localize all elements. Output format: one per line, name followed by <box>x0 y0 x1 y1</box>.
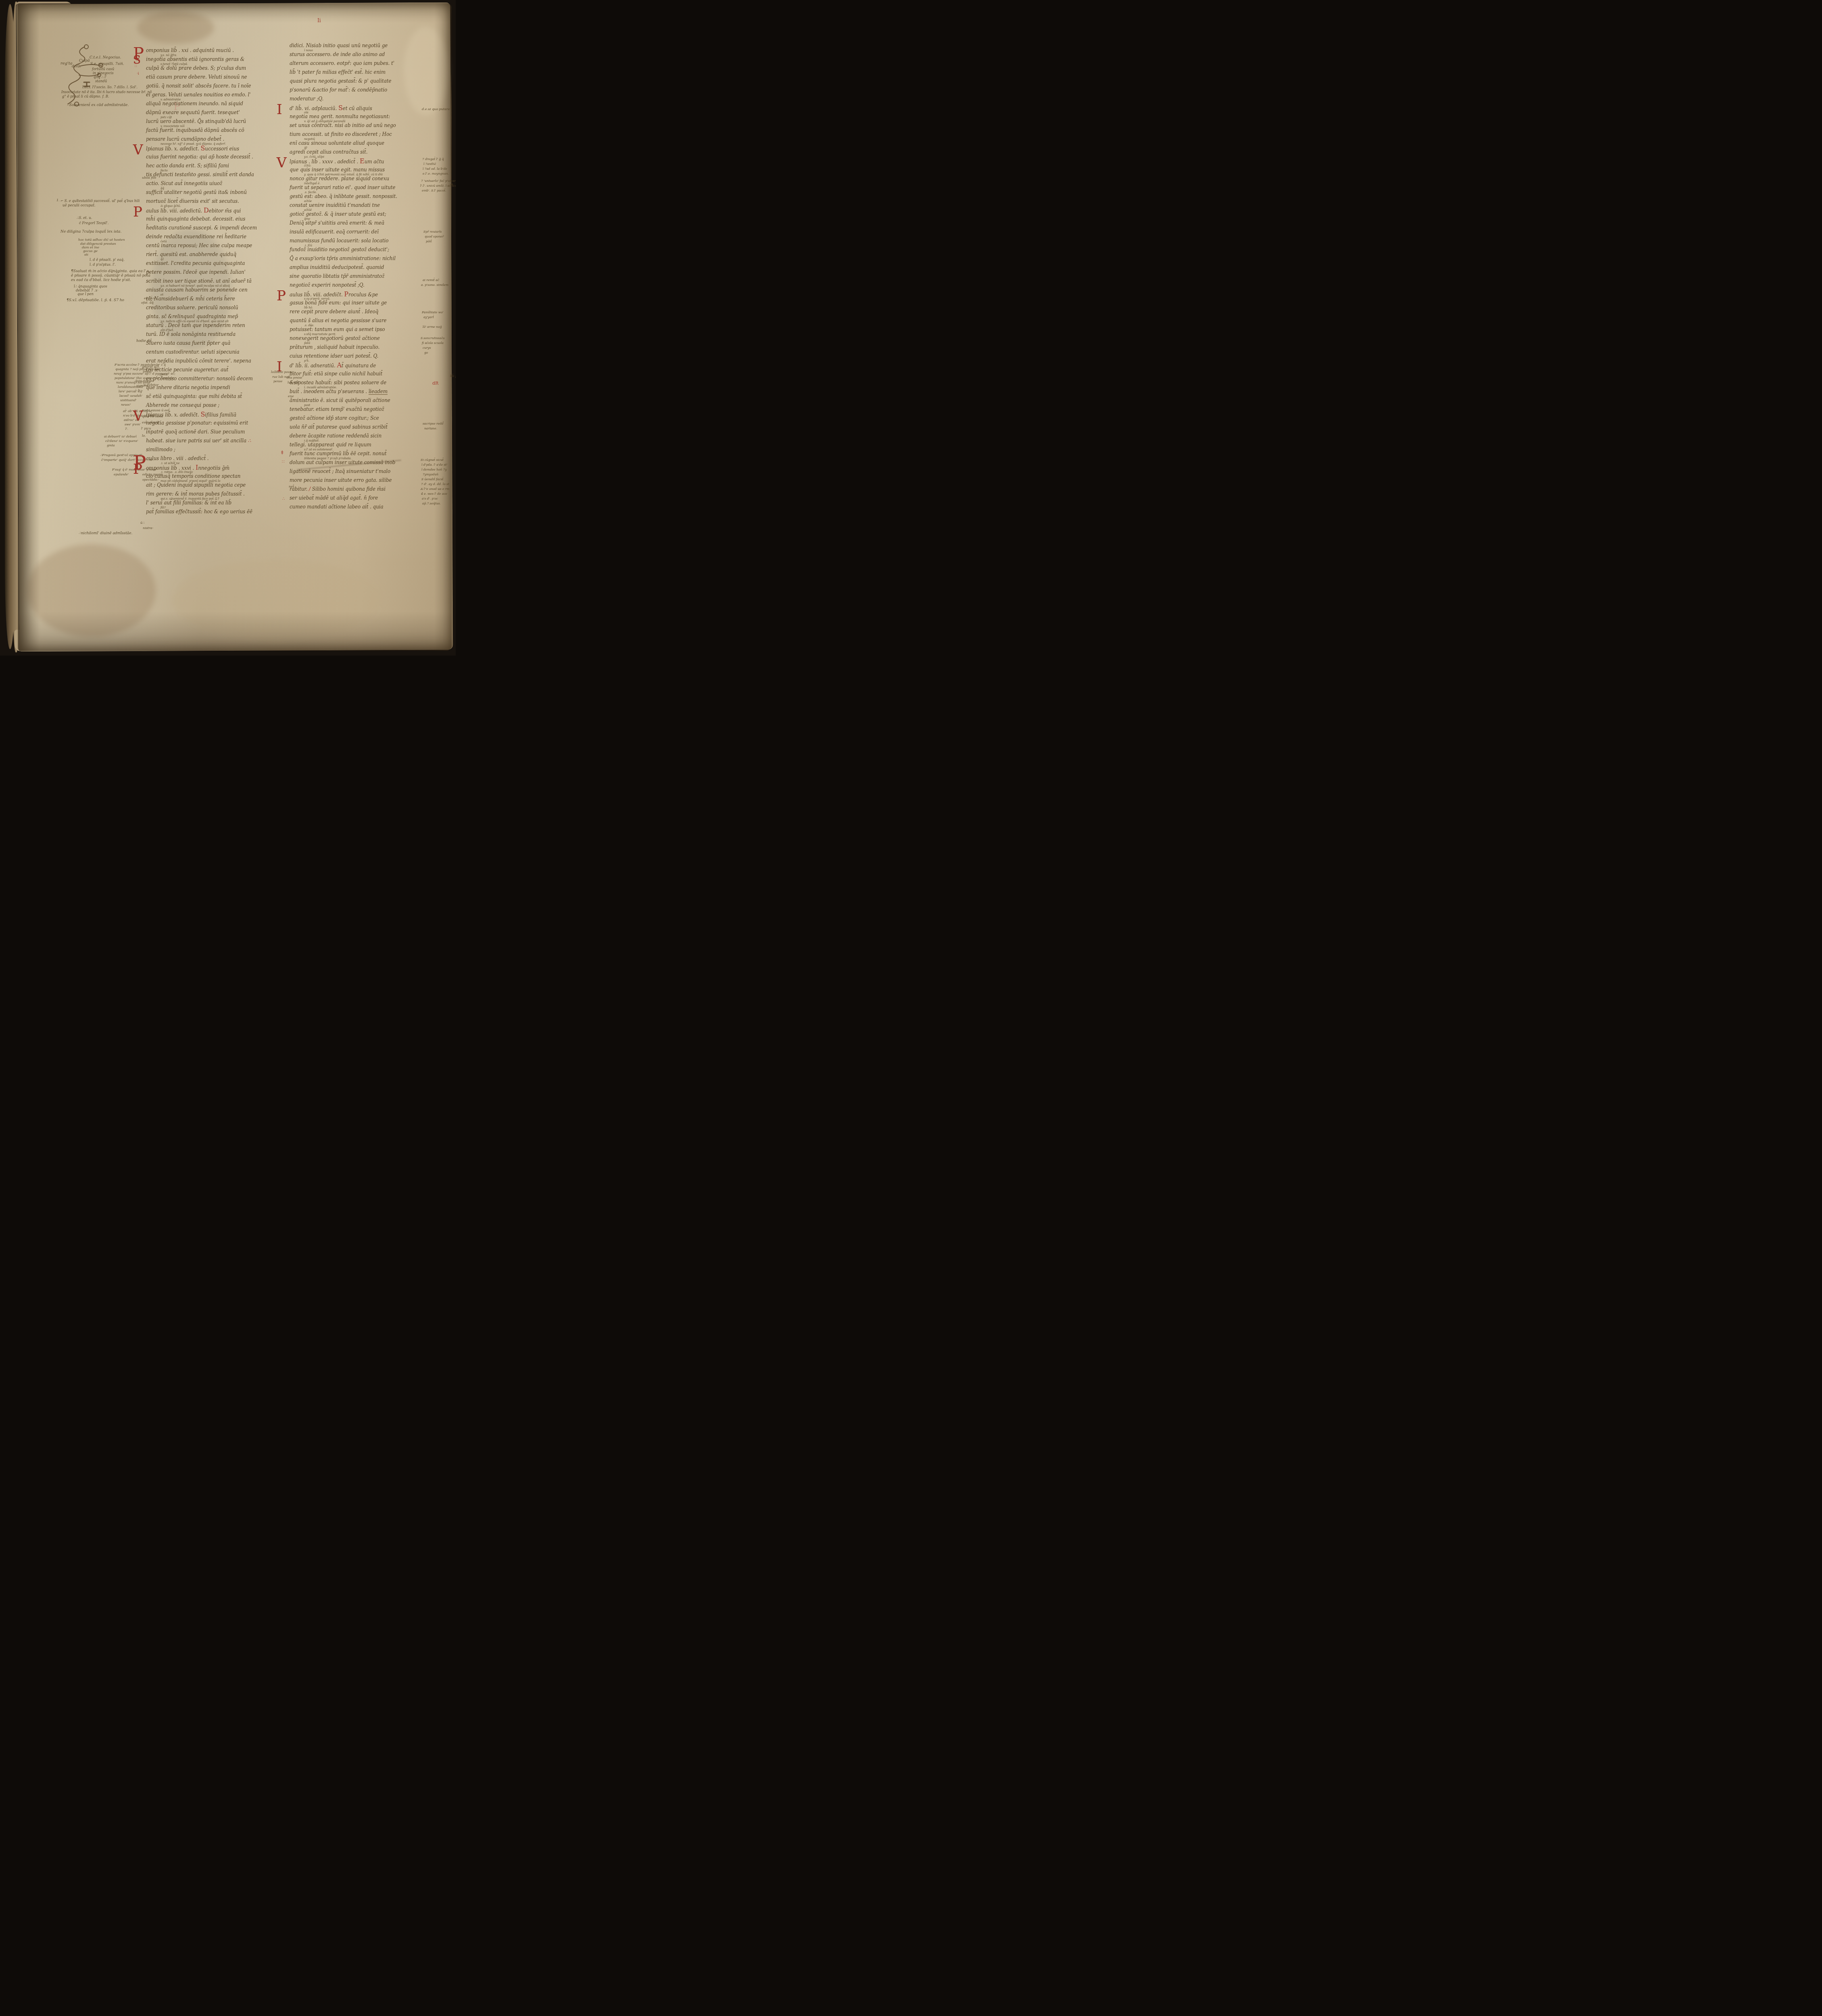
text-line: q̄meDeniq̄ sitpr̄ s'uititis areā emerit:… <box>290 220 425 229</box>
text-segment: t̄ quinatura de <box>342 363 376 369</box>
text-segment: tium accessit. ut finito eo discederet ;… <box>290 131 392 137</box>
text-line: alii d'bet̄.turū. ID ē sola nonāginta re… <box>146 331 288 340</box>
text-line: factotis defuncti testam̄to gessi. simil… <box>146 172 288 181</box>
text-line: gotiū. q̄ nonsit solit' abscēs facere. t… <box>146 83 288 92</box>
text-line: v. admistratōealiquā negotiationem ineun… <box>146 101 288 110</box>
margin-gloss: ī∴ q̄nquaginta quos <box>74 285 107 289</box>
text-line: v. q̄z̄ ad q̄ obligatiōē parandāset unus… <box>290 123 425 131</box>
interlinear-gloss: ac̄t̄ōē <box>304 208 312 212</box>
text-segment: cumeo mandati ac̄tione labeo ait̄ . quia <box>290 504 384 510</box>
margin-gloss: S.e. sipupilli. 7siñ. <box>90 62 124 66</box>
text-line: Vlpianus lib̄. x. adedic̄t. Sifilius fam… <box>146 411 288 420</box>
text-segment: cio cuiusq̄ temporis conditione spectan <box>146 473 240 479</box>
text-line: alterum accessero. eotpr̄: quo iam pubes… <box>290 60 425 69</box>
text-segment: tenebatur. etiam temp̄' exac̄tū negotioz… <box>290 406 384 412</box>
text-line: ī nouosturus accessero. de inde alio ani… <box>290 52 425 60</box>
text-segment: dāpnū exeare sequutū fuerit. tesequet' <box>146 110 240 115</box>
rubric-segment: D <box>204 206 209 214</box>
rubric-segment: S <box>200 410 205 418</box>
text-line: penaex p'cōmisso committeretur: nonsolū … <box>146 376 288 385</box>
interlinear-gloss: v. admistratōe <box>161 98 181 101</box>
margin-gloss: d.e.ui quo putare <box>422 107 450 111</box>
interlinear-gloss: ī nouo <box>304 49 313 52</box>
text-segment: uccessori eius <box>205 146 239 152</box>
margin-gloss: ⌐ S. e quītestatōiō successit̄. ul' pat̄… <box>60 199 140 203</box>
text-line: amplius inuiditiū deducipotest̄. quamid <box>290 264 425 273</box>
text-segment: turū. ID ē sola nonāginta restituenda <box>146 331 236 337</box>
text-line: lib̄ 't pater fa milias effec̄t' est̄. h… <box>290 69 425 78</box>
text-segment: dolum aut culpam inser uitute comissā in… <box>290 460 395 465</box>
text-segment: pensare lucrū cumdāpno debet̄ . <box>146 136 224 142</box>
margin-gloss: ∴Sobuenient̄ ex cād admīistratāe. <box>67 103 129 107</box>
text-segment: erat nep̄dia inpublicū cōmit terere'. ne… <box>146 358 251 364</box>
margin-gloss: epulande' <box>114 473 129 476</box>
text-line: gestoz̄ ac̄tione idp̄ stare cogitur.; Sc… <box>290 415 425 424</box>
text-line: centum custodirentur. ueluti sipecunia <box>146 349 288 358</box>
margin-gloss: emb'. S.l' pacot̄. <box>422 189 446 192</box>
text-line: mus sit cōdep̄nand̄. p'ponī siquil' quār… <box>146 482 288 491</box>
text-line: cumeo mandati ac̄tione labeo ait̄ . quia <box>290 504 425 513</box>
text-line: Ip'h̄.d' lib̄. ii. adneratiū. At̄ quinat… <box>290 362 425 371</box>
interlinear-gloss: & aliquo ḡc̄tū. <box>161 204 181 208</box>
interlinear-gloss: .i. fc̄ū <box>304 244 312 247</box>
text-segment: rere cepit prare debere aiunt̄ . Ideoq̄ <box>290 309 378 314</box>
text-segment: p'sonarū &actio for mat̄': & condēp̄nati… <box>290 87 387 93</box>
interlinear-gloss: p̄stā <box>304 342 310 345</box>
text-segment: similimodo ; <box>146 447 175 452</box>
margin-gloss: lib̄ pp̄ <box>450 374 456 378</box>
text-line: Id' lib̄. vi. adplauciū. Set cū aliquis <box>290 105 425 114</box>
text-segment: d' lib̄. ii. adneratiū. <box>290 363 337 369</box>
rubricated-initial: P <box>133 205 142 219</box>
rubricated-initial: P <box>277 289 286 303</box>
interlinear-gloss: y.s. nō ḡfra. <box>161 54 177 57</box>
text-segment: omponius lib̄ . xxvi . <box>146 465 196 471</box>
text-segment: alterum accessero. eotpr̄: quo iam pubes… <box>290 60 394 66</box>
margin-gloss: ¶Ssaluat m̄ in ac̄cio dq̄nq̄ginta. quia … <box>71 269 150 273</box>
rubricated-initial: V <box>133 143 143 157</box>
text-segment: tra iecticie pecunie augeretur. aut̄ <box>146 367 228 373</box>
text-segment: extitisset. l'credita pecunia quinquagin… <box>146 260 245 266</box>
text-line: inpatrē quoq̄ actionē dari. Siue peculiu… <box>146 429 288 438</box>
text-segment: que quis inser uitute egit. manu missus <box>290 167 385 173</box>
text-segment: potuisset̄: tantum eum qui a semet ipso <box>290 327 385 332</box>
text-line: erat nep̄dia inpublicū cōmit terere'. ne… <box>146 358 288 367</box>
rubric-margin-mark: ·i <box>137 72 139 76</box>
rubricated-initial: S <box>133 54 141 66</box>
text-segment: roculus &pe <box>348 292 378 298</box>
margin-gloss: nartane. <box>424 427 437 430</box>
margin-gloss: ī. d ē pn̄sac̄t. p' eaq̄. <box>90 258 125 262</box>
interlinear-gloss: pstz cq̄t <box>161 116 172 119</box>
text-segment: &sipostea habuit̄: sibi postea soluere d… <box>290 380 386 385</box>
interlinear-gloss: .s. dn̄s. <box>304 324 314 327</box>
text-line: ettū; Namsidebuerī & mh̄i ceteris h̄ere <box>146 296 288 305</box>
margin-gloss: reg'ta <box>60 61 73 66</box>
interlinear-gloss: alii d'bet̄. <box>161 329 174 332</box>
text-segment: l' serui aut̄ filii familias: & int̄ ea … <box>146 500 231 506</box>
text-segment: staturū . Decē tam̄ que inpenderim reten <box>146 323 245 328</box>
interlinear-gloss: lib̄ hō. <box>304 306 313 309</box>
margin-gloss: dam et̄ īne <box>82 246 99 249</box>
text-segment: ser uiebat̄ mādē ut aliq̄d agat̄. n̄ for… <box>290 495 378 501</box>
text-segment: cuius retentione idser uari potest̄. Q. <box>290 353 378 359</box>
rubric-margin-mark: Ii <box>317 18 321 23</box>
rubric-segment: P <box>344 290 348 298</box>
text-segment: um ac̄tu <box>365 159 384 165</box>
text-segment: aniusta causam habuerim se ponende cen <box>146 287 248 293</box>
margin-gloss: cō'dano' io' n'equens' <box>105 439 138 443</box>
margin-gloss: ∴S. et. u. <box>77 216 92 220</box>
text-segment: āministratio ē. sicut is̄ quitēporali ac… <box>290 398 390 403</box>
text-segment: Siuero iusta causa fuerit p̄pter quā <box>146 340 230 346</box>
text-segment: Abherede me consequi posse ; <box>146 402 219 408</box>
margin-gloss: gmta <box>107 444 115 447</box>
rubric-segment: E <box>360 157 365 165</box>
text-line: Vnecesse hr̄. nḡ° ē pnsat̄. ncū dāpnio. … <box>146 145 288 154</box>
rubric-margin-mark: dR <box>432 381 438 386</box>
interlinear-gloss: et <box>161 293 163 296</box>
interlinear-gloss: i.q̄ sup̄fuit̄. <box>304 439 319 442</box>
text-segment: aliquā negotiationem ineundo. nā siquid <box>146 101 243 106</box>
text-segment: lpianus lib̄. x. adedic̄t. <box>146 412 200 418</box>
text-segment: mortuoz̄ licet̄ diuersis exit' sit secut… <box>146 198 239 204</box>
text-segment: etiā casum prare debere. Veluti sinouū n… <box>146 74 247 80</box>
text-segment: cuius fuerint negotia: qui ap̄ hoste dec… <box>146 154 253 160</box>
rubricated-initial: V <box>277 156 286 170</box>
margin-gloss: q̄nq̄ ∴ l' <box>94 75 106 79</box>
margin-gloss: ī demdee hon̄ 7y <box>421 468 447 471</box>
manuscript-photo: IiP∴∷·ireg'taCulpādolū.C.t.e.l. Negocius… <box>0 0 456 656</box>
text-line: p'sonarū &actio for mat̄': & condēp̄nati… <box>290 87 425 96</box>
text-segment: petere possim. l'decē que inpendi. Iulia… <box>146 269 246 275</box>
text-segment: fuerit tunc cumprimū lib̄ ēē cepit. nonu… <box>290 451 387 456</box>
interlinear-gloss: negotiū <box>304 137 315 141</box>
text-line: habeat. siue iure patris sui uer' sit an… <box>146 438 288 447</box>
text-segment: creditoribus soluere. periculū nonsolū <box>146 305 238 310</box>
text-segment: negotia gessisse p'ponatur: equissimū er… <box>146 420 248 426</box>
margin-gloss: nistra- <box>143 526 153 530</box>
text-segment: prāturum , sialiquid habuit inpeculio. <box>290 344 379 350</box>
text-line: quasi plura negotia gestast̄: & p' quali… <box>290 78 425 87</box>
margin-gloss: ū∴ <box>140 521 144 525</box>
margin-gloss: lo. <box>142 434 146 437</box>
margin-gloss: lō' arme nog̈ <box>423 325 442 329</box>
margin-gloss: dat diligenciā prestan <box>80 242 116 246</box>
text-line: posttenebatur. etiam temp̄' exac̄tū nego… <box>290 406 425 415</box>
text-segment: negotioz̄ experiri nonpotest̄ ;Q. <box>290 282 365 288</box>
text-line: sine quoratio libtatis tp̄r̄ amministrat… <box>290 273 425 282</box>
text-line: negotioz̄ experiri nonpotest̄ ;Q. <box>290 282 425 291</box>
margin-gloss: sti <box>84 253 88 256</box>
text-line: similimodo ; <box>146 447 288 456</box>
text-segment: manumissus fundū locauerit: sola locatio <box>290 238 388 244</box>
text-line: uola n̄r̄ ait̄ putarese quod sabinus scr… <box>290 424 425 433</box>
text-segment: debere ācapite ratione reddendā sicin <box>290 433 381 439</box>
text-segment: uola n̄r̄ ait̄ putarese quod sabinus scr… <box>290 424 388 430</box>
text-line: bitor fuit̄: etiā sinpe culio nichil hab… <box>290 371 425 380</box>
text-line: fili?pat̄ familias effec̄tussit̄: hoc & … <box>146 509 288 518</box>
text-line: h̄editatis curationē suscepi. & impendi … <box>146 225 288 234</box>
text-line: ser uiebat̄ mādē ut aliq̄d agat̄. n̄ for… <box>290 495 425 504</box>
text-segment: factū fuerit. inquibusdā dāpnū abscēs cō <box>146 127 244 133</box>
text-segment: gestū est: abeo. q̄ inlibtate gessit. no… <box>290 194 397 199</box>
text-line: y.s. si habuerī nō tenear̄. quāī inculpa… <box>146 287 288 296</box>
text-segment: sine quoratio libtatis tp̄r̄ amministrat… <box>290 273 384 279</box>
text-segment: rim gerere: & int̄ moras pubes fac̄tussi… <box>146 491 245 497</box>
text-line: v. insocietate nōīfactū fuerit. inquibus… <box>146 127 288 136</box>
text-line: q̄z̄extitisset. l'credita pecunia quinqu… <box>146 260 288 269</box>
text-segment: negotia mea gerit. nonmulta negotiasunt: <box>290 114 390 119</box>
margin-gloss: pōit̄ <box>426 240 432 243</box>
text-line: negotia gessisse p'ponatur: equissimū er… <box>146 420 288 429</box>
text-line: que inhere ditaria negotia impendi <box>146 385 288 394</box>
text-segment: fundoz̄ inuiditio negotioz̄ gestoz̄ dedu… <box>290 247 389 252</box>
text-segment: lib̄ 't pater fa milias effec̄t' est̄. h… <box>290 69 386 75</box>
text-segment: inegotia absentis etiā ignorantis geras … <box>146 56 244 62</box>
text-line: cuius fuerint negotia: qui ap̄ hoste dec… <box>146 154 288 163</box>
text-segment: constat uenire inuiditiū t'mandati tne <box>290 202 380 208</box>
margin-gloss: ai remit̄ ac̄ <box>423 278 439 282</box>
margin-gloss: ī 7ad od. la b'de <box>423 167 447 171</box>
margin-gloss: ī d'pila. l' a'de st' <box>421 463 447 467</box>
text-segment: mh̄i quinquaginta debebat. decessit. eiu… <box>146 216 245 222</box>
margin-gloss: que ī pen <box>77 292 94 296</box>
text-segment: quantū s̄ alius ei negotia gessisse s'ua… <box>290 318 387 323</box>
interlinear-gloss: y.s. iudicis offō cū exead c̄a d'bant̄. … <box>161 320 229 323</box>
interlinear-gloss: s.tenet̄ 7latā culpā. <box>161 62 188 66</box>
margin-gloss: ī. d p'sc̄ptus. l'. <box>90 263 116 267</box>
margin-gloss: Culpā <box>79 59 90 63</box>
rubric-segment: īieadem <box>369 389 388 395</box>
margin-gloss: uē peculii occupat̄. <box>63 204 96 208</box>
interlinear-gloss: ac̄tōe <box>304 200 312 203</box>
rubric-segment: S <box>338 104 343 112</box>
interlinear-gloss: ī. incadē admīistratiōe. <box>304 386 337 389</box>
margin-gloss: l'. <box>125 427 128 431</box>
text-segment: ei geras. Veluti uenales nouitios eo emd… <box>146 92 251 98</box>
margin-gloss: ī 7anthe̅ <box>423 162 436 166</box>
text-segment: bitor fuit̄: etiā sinpe culio nichil hab… <box>290 371 382 377</box>
margin-gloss: l' <box>138 389 140 392</box>
text-segment: lpianus . lib̄ . xxxv . adedict̄ . <box>290 159 360 165</box>
text-segment: Deniq̄ sitpr̄ s'uititis areā emerit: & m… <box>290 220 384 226</box>
text-line: Q̄ a exsup'ioris tp̄ris amministratione:… <box>290 256 425 264</box>
text-line: moderatur ;Q. <box>290 96 425 105</box>
text-segment: habeat. siue iure patris sui uer' sit an… <box>146 438 248 444</box>
rubric-segment: ∴ <box>248 438 251 444</box>
text-line: rabitur. / Silibo homini quibona fide m̄… <box>290 486 425 495</box>
margin-gloss: e.l'.e. moyngnan. <box>423 172 449 175</box>
text-segment: ifilius familiā <box>205 412 236 418</box>
text-segment: actio. Sicut aut̄ innegotiis uiuoz̄ <box>146 181 222 186</box>
stain-bottom-left <box>27 544 156 637</box>
text-segment: sufficit utaliter negotiū gestū ita& inb… <box>146 190 247 195</box>
margin-gloss: sacripse redd̄ <box>423 422 444 425</box>
margin-gloss: ē pn̄sare n̄ possū. cūantiq̄r ē pn̄saū n… <box>71 274 150 278</box>
interlinear-gloss: v. insocietate nōī <box>161 125 185 128</box>
interlinear-gloss: c̄c̄tū: <box>304 164 311 167</box>
text-segment: set unus cōntrac̄t. nisi ab initio ad un… <box>290 123 396 128</box>
text-segment: lpianus lib̄. x. adedict̄. <box>146 146 200 152</box>
text-line: actio. Sicut aut̄ innegotiis uiuoz̄ <box>146 181 288 190</box>
text-line: p̄stāprāturum , sialiquid habuit inpecul… <box>290 344 425 353</box>
text-segment: ebitor m̄s qui <box>209 208 241 214</box>
interlinear-gloss: c̄etū <box>161 240 167 243</box>
interlinear-gloss: intelligat̄ ē. <box>304 182 320 185</box>
text-line: mh̄i quinquaginta debebat. decessit. eiu… <box>146 216 288 225</box>
text-line: riert̄. quesitū est. anabherede quiduq̄ <box>146 252 288 260</box>
interlinear-gloss: s.idq̄ inseruitute gerit. <box>304 333 336 336</box>
margin-gloss: C.t.e.l. Negocius. <box>90 56 121 60</box>
text-line: q̄q̄sufficit utaliter negotiū gestū ita&… <box>146 190 288 198</box>
text-segment: fuerit ut separari ratio ei'. quod inser… <box>290 185 396 190</box>
interlinear-gloss: fili? <box>161 506 166 509</box>
text-line: lib̄ hō.rere cepit prare debere aiunt̄ .… <box>290 309 425 318</box>
margin-gloss: quod sponer̄ <box>425 235 444 238</box>
text-segment: nonexegerit negotiorū gestoz̄ ac̄tione <box>290 335 380 341</box>
margin-gloss: 7 d'. ay d. dd. lo st <box>421 482 449 486</box>
text-segment: culpā & dolū prare debes. S; p'culus dum <box>146 65 246 71</box>
margin-gloss: 7 dregat̄ l' g̈ q̄ <box>422 157 444 161</box>
margin-gloss: ī.et.ī. l'l'socio. īio. 7 dillo. l. Sol'… <box>82 85 138 90</box>
text-segment: tellegi. utappareat quid re liquum <box>290 442 371 448</box>
interlinear-gloss: v. q̄z̄ ad q̄ obligatiōē parandā <box>304 120 345 123</box>
rubricated-initial: P <box>133 462 142 476</box>
margin-gloss: Ne diligina 7culpa loquit̄ lex ista. <box>60 230 121 234</box>
text-segment: tis defuncti testam̄to gessi. similit̄ e… <box>146 172 254 177</box>
margin-gloss: ¶S.v.ī. dēpn̄satiōe. l. p̄. 4. S7 ho <box>67 298 124 302</box>
margin-gloss: lacoel' ueudah' <box>119 394 142 398</box>
text-segment: more pecunia inser uitute erro gata. sil… <box>290 477 392 483</box>
margin-gloss: 1. <box>56 198 60 202</box>
text-segment: omponius lib̄ . xxi . adquintū muciū . <box>146 48 234 53</box>
text-segment: deinde redac̄ta exuenditione rei h̄edita… <box>146 234 246 240</box>
margin-gloss: dolū. <box>72 65 81 69</box>
text-segment: didici. Nisiab initio quasi unū negotiū … <box>290 43 388 48</box>
margin-gloss: uistituand' <box>120 398 137 402</box>
text-line: insulā edificauerit. eaq̄ corruerit: deī <box>290 229 425 238</box>
margin-gloss: ex ead c̄a d'bbat̄. licz hodie p'sit. <box>71 278 131 282</box>
rubricated-initial: I <box>277 360 282 374</box>
text-segment: enī casu sinoua uoluntate aliud quoque <box>290 140 384 146</box>
text-segment: et cū aliquis <box>343 106 372 111</box>
interlinear-gloss: .s. facile. <box>304 191 317 194</box>
text-segment: aulus lib̄. viii. adedic̄t. <box>290 292 344 298</box>
text-column-right: didici. Nisiab initio quasi unū negotiū … <box>290 43 425 513</box>
text-line: .i. fc̄ūfundoz̄ inuiditio negotioz̄ gest… <box>290 247 425 256</box>
margin-gloss: Spr̄ reuiarīs <box>423 230 442 233</box>
text-line: s.tenet̄ 7latā culpā.culpā & dolū prare … <box>146 65 288 74</box>
text-segment: gestoz̄ ac̄tione idp̄ stare cogitur.; Sc… <box>290 415 379 421</box>
text-line: qui.s. cōueniend̄ ē. inquantū face pot̄.… <box>146 500 288 509</box>
interlinear-gloss: y.s. c̄ctū. ulq̄si <box>304 155 324 158</box>
margin-gloss: Famīhtate wo' <box>422 310 444 314</box>
text-line: creditoribus soluere. periculū nonsolū <box>146 305 288 314</box>
text-segment: d' lib̄. vi. adplauciū. <box>290 106 338 111</box>
text-segment: hec actio danda erit. S; sifiliū fami <box>146 163 229 169</box>
interlinear-gloss: qui.s. cōueniend̄ ē. inquantū face pot̄.… <box>161 497 220 500</box>
text-segment: tū; Namsidebuerī & mh̄i ceteris h̄ere <box>146 296 235 302</box>
text-line: negotiūenī casu sinoua uoluntate aliud q… <box>290 140 425 149</box>
interlinear-gloss: post <box>304 404 310 407</box>
margin-gloss: g° ē pn̄sat̄ li cū dāpno. f. B. <box>62 95 109 99</box>
margin-gloss: + <box>450 182 454 187</box>
text-segment: sc̄ etiā quinquaginta: que mihi debita s… <box>146 394 242 399</box>
text-line: ligationē reuocet̄ ; Itaq̄ sinueniatur t… <box>290 469 425 477</box>
margin-gloss: hoc totū adhoc dic̄ ut hosten <box>78 238 125 242</box>
interlinear-gloss: y.s. si habuerī nō tenear̄. quāī inculpa… <box>161 284 230 287</box>
text-segment: Q̄ a exsup'ioris tp̄ris amministratione:… <box>290 256 396 261</box>
interlinear-gloss: facto <box>161 169 168 172</box>
interlinear-gloss: q̄me <box>304 217 310 221</box>
margin-gloss: fi ac̄oīa scuola <box>422 341 444 345</box>
margin-gloss: in p'negocis <box>93 71 114 75</box>
interlinear-gloss: oīa <box>304 111 309 114</box>
interlinear-gloss: s.sy p'perā. seruū. <box>304 297 330 300</box>
text-segment: sturus accessero. de inde alio animo ad <box>290 52 385 57</box>
text-line: ī. incadē admīistratiōe.buit̄ . ineodem … <box>290 389 425 398</box>
rubric-segment: A <box>337 361 341 369</box>
margin-gloss: neuoc' <box>121 403 131 406</box>
text-line: petere possim. l'decē que inpendi. Iulia… <box>146 269 288 278</box>
text-segment: buit̄ . ineodem ac̄tu p'seuerans . <box>290 389 369 394</box>
text-segment: gasus bonā fidē eum: qui inser uitute ge <box>290 300 387 306</box>
stain-top-gutter <box>138 11 214 44</box>
interlinear-gloss: pena <box>161 373 167 376</box>
text-segment: aulus libro . viii . adedict̄ . <box>146 456 209 461</box>
interlinear-gloss: q̄q̄ <box>161 187 164 190</box>
text-segment: quasi plura negotia gestast̄: & p' quali… <box>290 78 392 84</box>
text-segment: h̄editatis curationē suscepi. & impendi … <box>146 225 257 231</box>
margin-gloss: fortuitū casū <box>92 67 114 71</box>
rubricated-initial: V <box>133 409 143 423</box>
text-segment: insulā edificauerit. eaq̄ corruerit: deī <box>290 229 379 235</box>
text-segment: aulus lib̄. viii. adedictū. <box>146 208 204 214</box>
text-segment: inpatrē quoq̄ actionē dari. Siue peculiu… <box>146 429 245 435</box>
rubricated-initial: I <box>277 103 282 117</box>
interlinear-gloss: necesse hr̄. nḡ° ē pnsat̄. ncū dāpnio. q… <box>161 142 226 146</box>
text-segment: ait ; Quideni inquid sipupilli negotia c… <box>146 482 246 488</box>
text-line: Sn̄tentia pegasi 7 p'culi p'robata.dolum… <box>290 460 425 469</box>
text-line: Siuero iusta causa fuerit p̄pter quā <box>146 340 288 349</box>
interlinear-gloss: q̄z̄ <box>161 258 164 261</box>
text-segment: que inhere ditaria negotia impendi <box>146 385 230 390</box>
margin-gloss: Insocietate nō ē ita. Ibi n̄ lucro studo… <box>61 90 152 94</box>
margin-gloss: a. p'sono. similem <box>421 283 448 287</box>
text-segment: amplius inuiditiū deducipotest̄. quamid <box>290 264 384 270</box>
margin-gloss: gocus ge <box>83 249 98 253</box>
text-segment: moderatur ;Q. <box>290 96 323 102</box>
text-line: more pecunia inser uitute erro gata. sil… <box>290 477 425 486</box>
interlinear-gloss: .i. ut ac̄tōt̄ ne <box>161 462 179 465</box>
text-segment: centū inarca reposui; Hec sine culpa mea… <box>146 243 252 248</box>
interlinear-gloss: mus sit cōdep̄nand̄. p'ponī siquil' quār… <box>161 479 220 483</box>
text-column-left: Pomponius lib̄ . xxi . adquintū muciū .S… <box>146 48 288 518</box>
margin-gloss: ∴nichilomī' diuinē admī̄sstāe. <box>79 531 132 535</box>
text-segment: riert̄. quesitū est. anabherede quiduq̄ <box>146 252 236 257</box>
text-line: sc̄ etiā quinquaginta: que mihi debita s… <box>146 394 288 402</box>
text-segment: rabitur. <box>290 486 309 492</box>
text-segment: centum custodirentur. ueluti sipecunia <box>146 349 240 355</box>
interlinear-gloss: y. quia q̄ c̄c̄hit patrmoniū suū intuit̄… <box>304 173 383 176</box>
text-segment: gotiū. q̄ nonsit solit' abscēs facere. t… <box>146 83 251 89</box>
text-segment: nonco gitur reddere. plane siquid conexu <box>290 176 389 181</box>
text-segment: nnegotiis ḡm̄ <box>198 465 229 471</box>
text-segment: lucrū uero abscentē. Q̄s stinquib'dā luc… <box>146 119 246 124</box>
text-line: deinde redac̄ta exuenditione rei h̄edita… <box>146 234 288 243</box>
text-segment: ex p'cōmisso committeretur: nonsolū dece… <box>146 376 253 381</box>
